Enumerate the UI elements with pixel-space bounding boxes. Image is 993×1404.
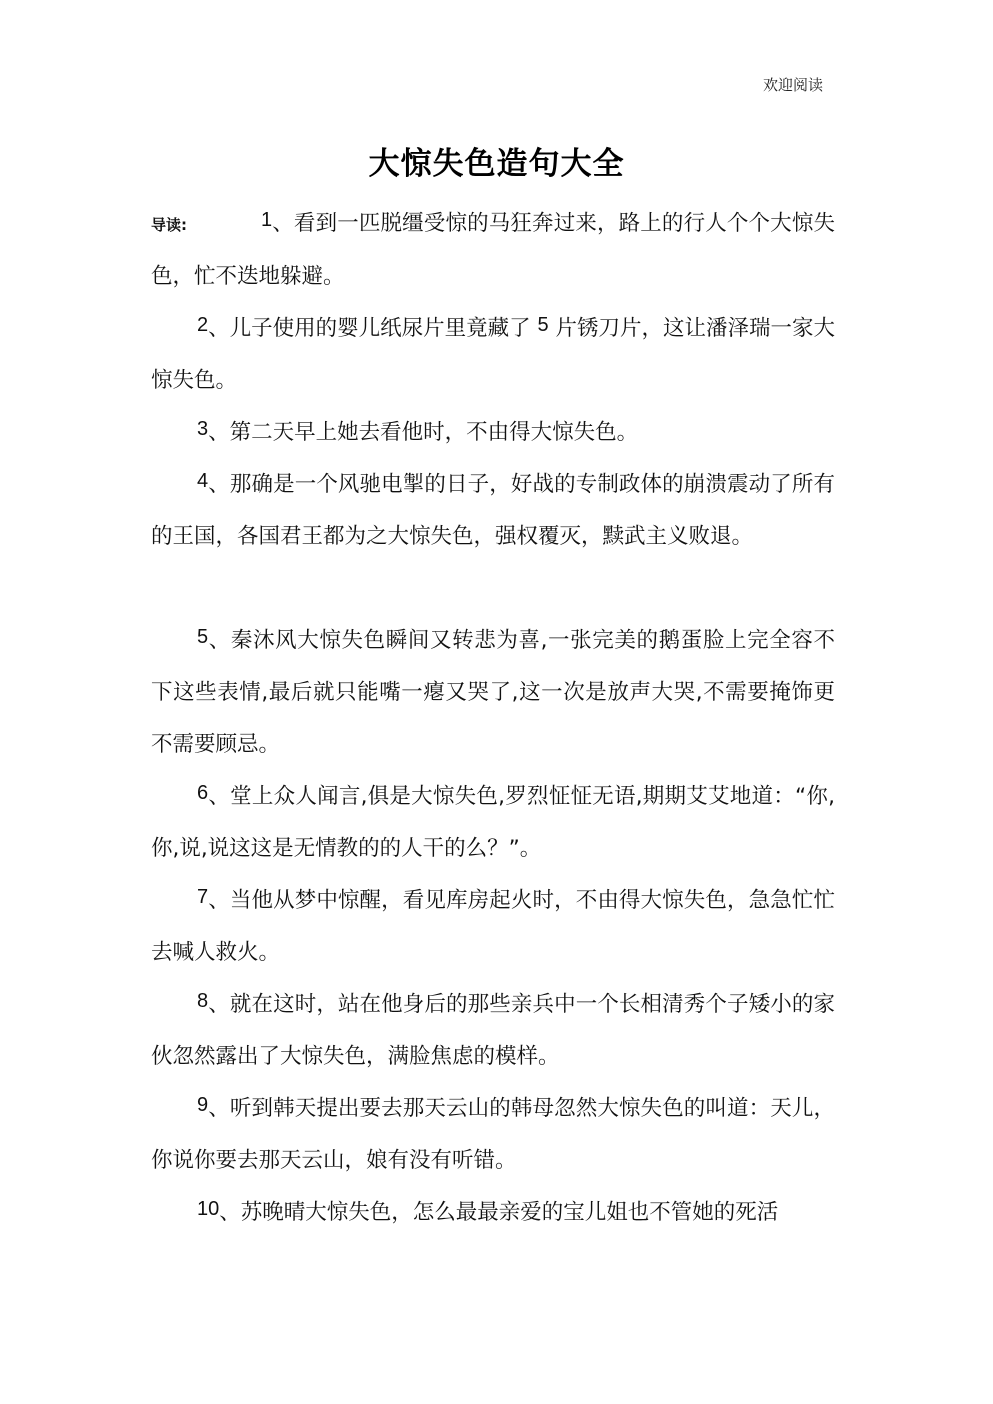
paragraph-3: 3、第二天早上她去看他时，不由得大惊失色。 [151,407,835,459]
item-number: 4 [197,470,208,492]
item-separator: 、 [208,628,231,653]
item-text: 听到韩天提出要去那天云山的韩母忽然大惊失色的叫道：天儿，你说你要去那天云山，娘有… [151,1096,835,1173]
document-title: 大惊失色造句大全 [0,138,993,183]
blank-line [151,563,835,615]
item-separator: 、 [208,888,230,913]
item-number: 5 [197,626,208,648]
document-body: 导读:1、看到一匹脱缰受惊的马狂奔过来，路上的行人个个大惊失色，忙不迭地躲避。 … [151,198,835,1239]
header-note: 欢迎阅读 [763,74,823,95]
item-separator: 、 [208,472,230,497]
item-text: 就在这时，站在他身后的那些亲兵中一个长相清秀个子矮小的家伙忽然露出了大惊失色，满… [151,992,835,1069]
paragraph-1: 导读:1、看到一匹脱缰受惊的马狂奔过来，路上的行人个个大惊失色，忙不迭地躲避。 [151,198,835,303]
item-text: 秦沐风大惊失色瞬间又转悲为喜,一张完美的鹅蛋脸上完全容不下这些表情,最后就只能嘴… [151,628,835,757]
item-number: 7 [197,886,208,908]
item-separator: 、 [272,211,294,236]
paragraph-7: 7、当他从梦中惊醒，看见库房起火时，不由得大惊失色，急急忙忙去喊人救火。 [151,875,835,979]
item-number: 6 [197,782,208,804]
item-text: 看到一匹脱缰受惊的马狂奔过来，路上的行人个个大惊失色，忙不迭地躲避。 [151,211,835,289]
item-text: 那确是一个风驰电掣的日子，好战的专制政体的崩溃震动了所有的王国，各国君王都为之大… [151,472,835,549]
paragraph-8: 8、就在这时，站在他身后的那些亲兵中一个长相清秀个子矮小的家伙忽然露出了大惊失色… [151,979,835,1083]
item-number: 1 [261,209,272,231]
item-separator: 、 [208,316,230,341]
paragraph-5: 5、秦沐风大惊失色瞬间又转悲为喜,一张完美的鹅蛋脸上完全容不下这些表情,最后就只… [151,615,835,771]
item-number: 8 [197,990,208,1012]
item-separator: 、 [208,992,230,1017]
item-text: 苏晚晴大惊失色，怎么最最亲爱的宝儿姐也不管她的死活 [241,1200,779,1225]
paragraph-6: 6、堂上众人闻言,俱是大惊失色,罗烈怔怔无语,期期艾艾地道：“你,你,说,说这这… [151,771,835,875]
inline-number: 5 [538,314,549,336]
item-number: 2 [197,314,208,336]
item-text: 第二天早上她去看他时，不由得大惊失色。 [230,420,639,445]
item-separator: 、 [208,420,230,445]
item-number: 10 [197,1198,219,1220]
item-text: 当他从梦中惊醒，看见库房起火时，不由得大惊失色，急急忙忙去喊人救火。 [151,888,835,965]
item-separator: 、 [219,1200,241,1225]
item-number: 9 [197,1094,208,1116]
paragraph-4: 4、那确是一个风驰电掣的日子，好战的专制政体的崩溃震动了所有的王国，各国君王都为… [151,459,835,563]
item-number: 3 [197,418,208,440]
item-text: 儿子使用的婴儿纸尿片里竟藏了 [230,316,538,341]
item-separator: 、 [208,784,230,809]
lead-label: 导读: [151,199,187,251]
item-text: 堂上众人闻言,俱是大惊失色,罗烈怔怔无语,期期艾艾地道：“你,你,说,说这这是无… [151,784,835,861]
paragraph-9: 9、听到韩天提出要去那天云山的韩母忽然大惊失色的叫道：天儿，你说你要去那天云山，… [151,1083,835,1187]
item-separator: 、 [208,1096,230,1121]
paragraph-2: 2、儿子使用的婴儿纸尿片里竟藏了 5 片锈刀片，这让潘泽瑞一家大惊失色。 [151,303,835,407]
paragraph-10: 10、苏晚晴大惊失色，怎么最最亲爱的宝儿姐也不管她的死活 [151,1187,835,1239]
